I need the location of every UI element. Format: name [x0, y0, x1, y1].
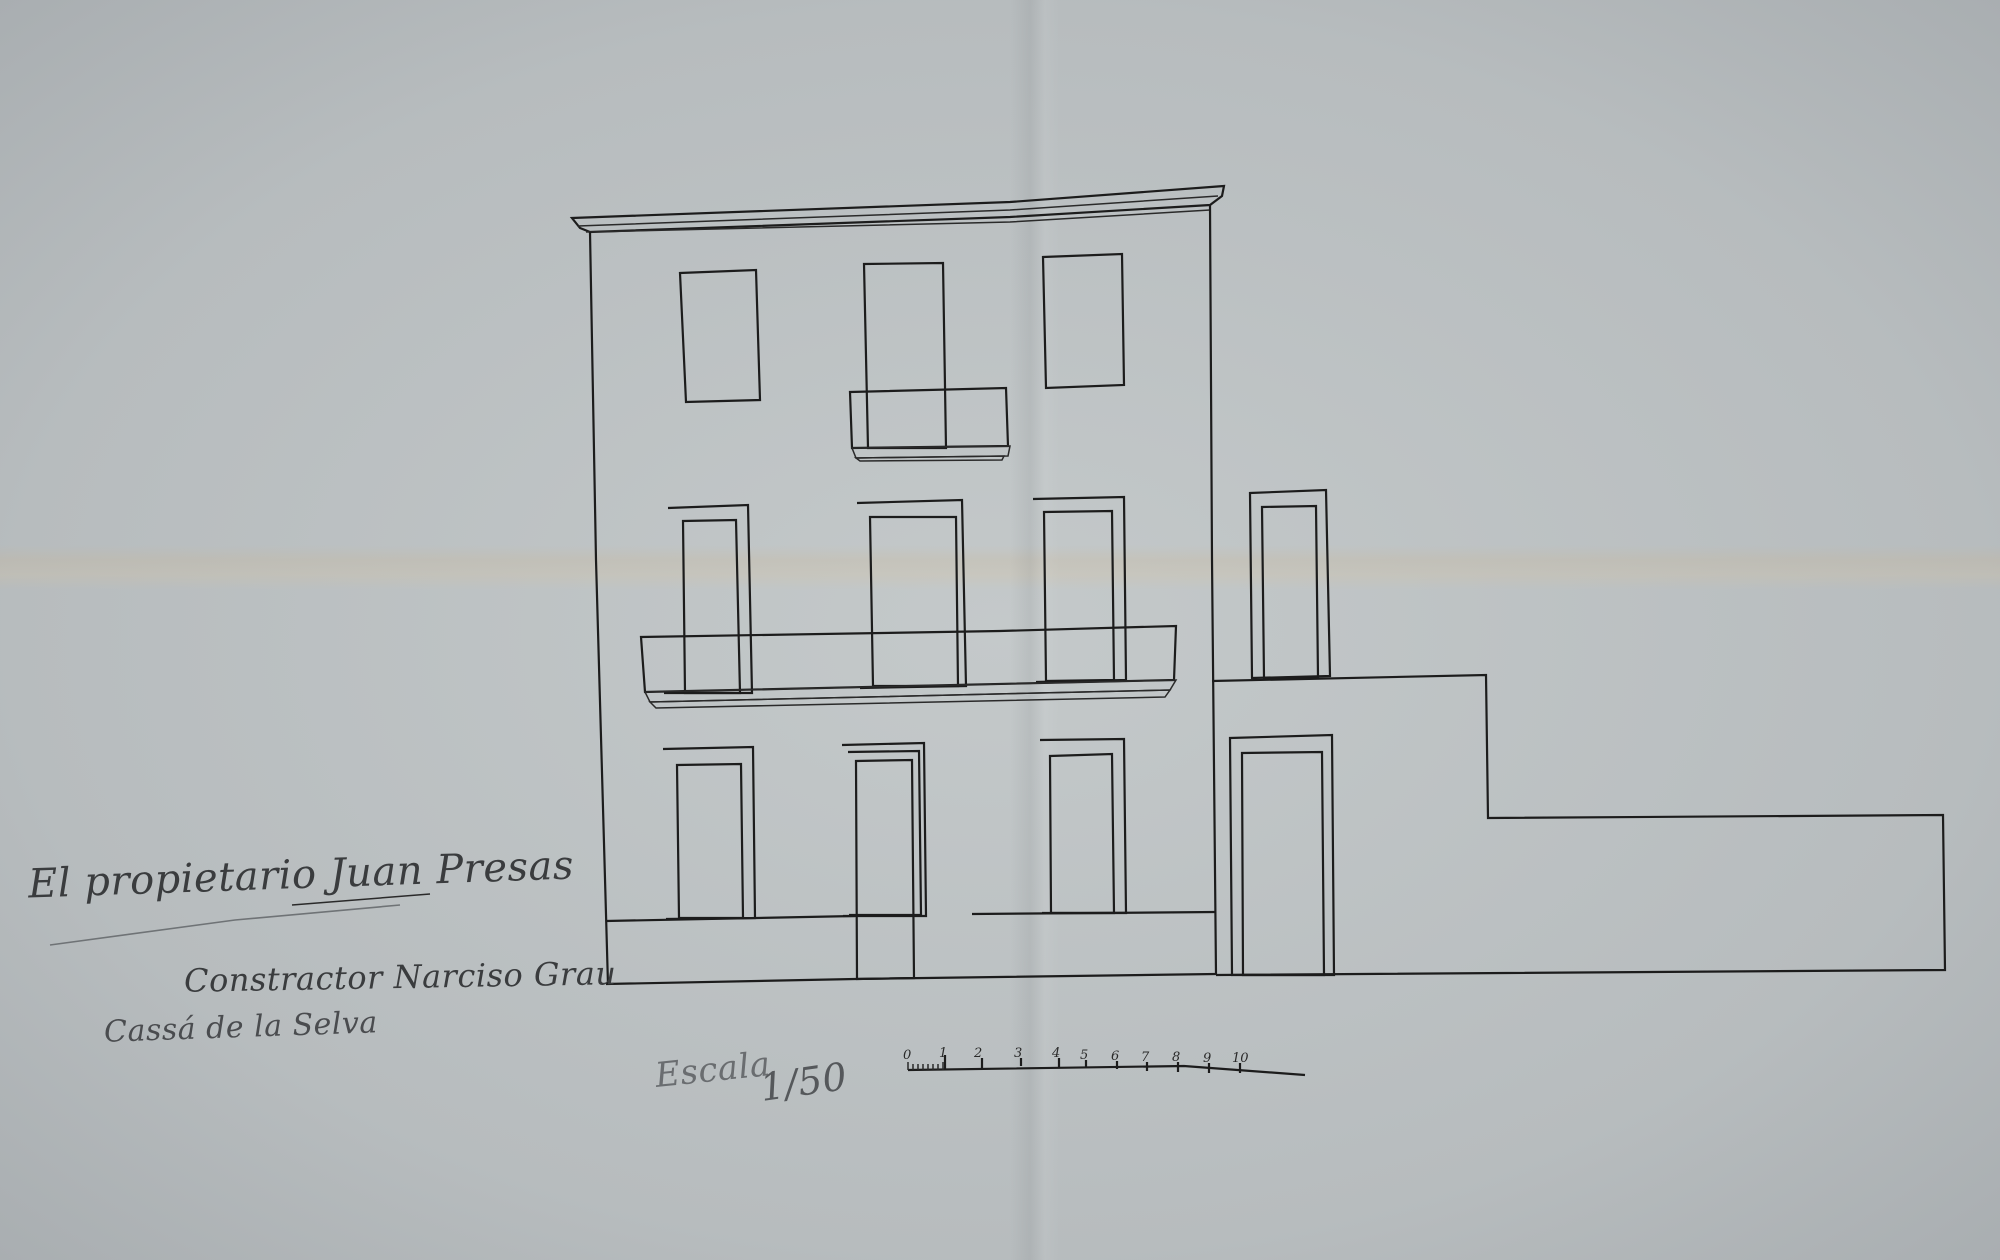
scale-tick-1: 1 [939, 1046, 947, 1061]
scale-tick-9: 9 [1203, 1051, 1211, 1066]
scale-tick-10: 10 [1232, 1051, 1249, 1066]
scale-tick-7: 7 [1141, 1050, 1149, 1065]
middle-floor-doors [641, 497, 1176, 708]
facade-elevation [0, 0, 2000, 1260]
scale-tick-2: 2 [974, 1046, 982, 1061]
scale-tick-8: 8 [1172, 1050, 1180, 1065]
contractor-signature: Constractor Narciso Grau [184, 954, 617, 1000]
pencil-guide-line [50, 905, 400, 945]
top-floor-windows [680, 254, 1124, 461]
annex-building [1212, 490, 1945, 975]
scale-tick-3: 3 [1014, 1046, 1022, 1061]
scale-tick-4: 4 [1052, 1046, 1060, 1061]
drawing-sheet: 0 1 2 3 4 5 6 7 8 9 10 El propietario Ju… [0, 0, 2000, 1260]
ground-floor-openings [663, 739, 1126, 979]
scale-tick-6: 6 [1111, 1049, 1119, 1064]
scale-tick-5: 5 [1080, 1048, 1088, 1063]
scale-tick-0: 0 [903, 1048, 911, 1063]
